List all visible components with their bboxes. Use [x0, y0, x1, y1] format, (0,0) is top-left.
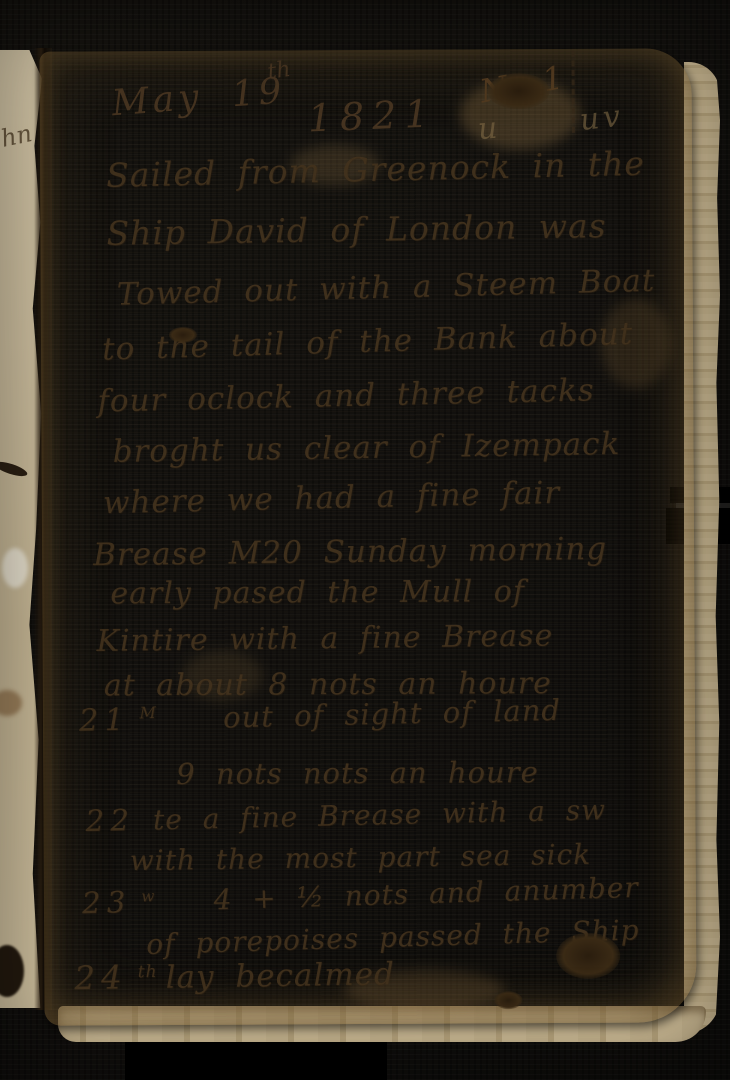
line-text: Ship David of London was	[106, 206, 607, 253]
ink-blot	[556, 933, 620, 979]
day-number	[88, 156, 89, 196]
line-text: with the most part sea sick	[129, 838, 591, 877]
line-text: out of sight of land	[223, 693, 562, 735]
torn-paper-patch	[2, 548, 28, 588]
line-text: Towed out with a Steem Boat	[116, 263, 655, 313]
margin-note: hn	[0, 119, 34, 153]
day-number	[94, 432, 95, 470]
line-text: Sailed from Greenock in the	[106, 144, 646, 195]
day-superscript: M	[139, 703, 157, 722]
stain	[0, 945, 24, 997]
day-superscript	[108, 279, 109, 299]
line-text: four oclock and three tacks	[97, 372, 595, 419]
day-number: 23	[81, 885, 131, 920]
journal-line: four oclock and three tacks	[79, 370, 595, 420]
line-text: 9 nots nots an houre	[176, 755, 539, 791]
journal-text: Sailed from Greenock in the Ship David o…	[39, 48, 696, 1025]
day-number	[88, 214, 89, 254]
stain	[0, 690, 22, 716]
ink-blot	[169, 327, 197, 343]
day-number	[84, 484, 85, 522]
journal-line: Kintire with a fine Brease	[78, 617, 553, 659]
journal-photograph: hn May 19 th 1821 No 1 u uv Sailed from …	[0, 0, 730, 1080]
day-number: 24	[74, 958, 128, 997]
day-superscript	[94, 334, 95, 354]
journal-line: broght us clear of Izempack	[94, 424, 620, 470]
journal-line: 24thlay becalmed	[74, 954, 395, 997]
line-text: te a fine Brease with a sw	[153, 793, 607, 836]
line-text: broght us clear of Izempack	[112, 426, 620, 470]
journal-line: 9 nots nots an houre	[158, 755, 539, 792]
journal-line: Brease M20 Sunday morning	[75, 529, 607, 573]
journal-line: 23w4 + ½ nots and anumber	[81, 870, 639, 921]
ink-stroke	[0, 459, 29, 479]
day-superscript: w	[141, 887, 156, 905]
day-number	[128, 928, 129, 962]
day-superscript: th	[137, 962, 157, 982]
line-text: lay becalmed	[165, 956, 395, 996]
day-number	[84, 330, 85, 368]
day-number: 21	[79, 703, 131, 739]
journal-line: with the most part sea sick	[111, 837, 591, 878]
journal-line: to the tail of the Bank about	[84, 314, 634, 368]
day-superscript	[138, 930, 139, 948]
line-text: early pased the Mull of	[110, 574, 525, 611]
journal-line: Ship David of London was	[88, 206, 607, 254]
journal-line: where we had a fine fair	[84, 473, 560, 522]
journal-line: Sailed from Greenock in the	[88, 144, 646, 197]
line-text: 4 + ½ nots and anumber	[213, 871, 639, 917]
journal-line: 22te a fine Brease with a sw	[85, 792, 606, 838]
journal-line: early pased the Mull of	[92, 573, 525, 611]
journal-line: Towed out with a Steem Boat	[98, 261, 655, 314]
day-number	[79, 382, 80, 420]
ink-blot	[494, 991, 522, 1009]
line-text: where we had a fine fair	[102, 475, 560, 521]
day-number: 22	[85, 803, 135, 838]
day-number	[98, 275, 99, 313]
journal-page: May 19 th 1821 No 1 u uv Sailed from Gre…	[39, 48, 696, 1025]
line-text: Kintire with a fine Brease	[96, 618, 553, 659]
backdrop-gap-band	[125, 1036, 387, 1080]
line-text: Brease M20 Sunday morning	[93, 531, 607, 573]
